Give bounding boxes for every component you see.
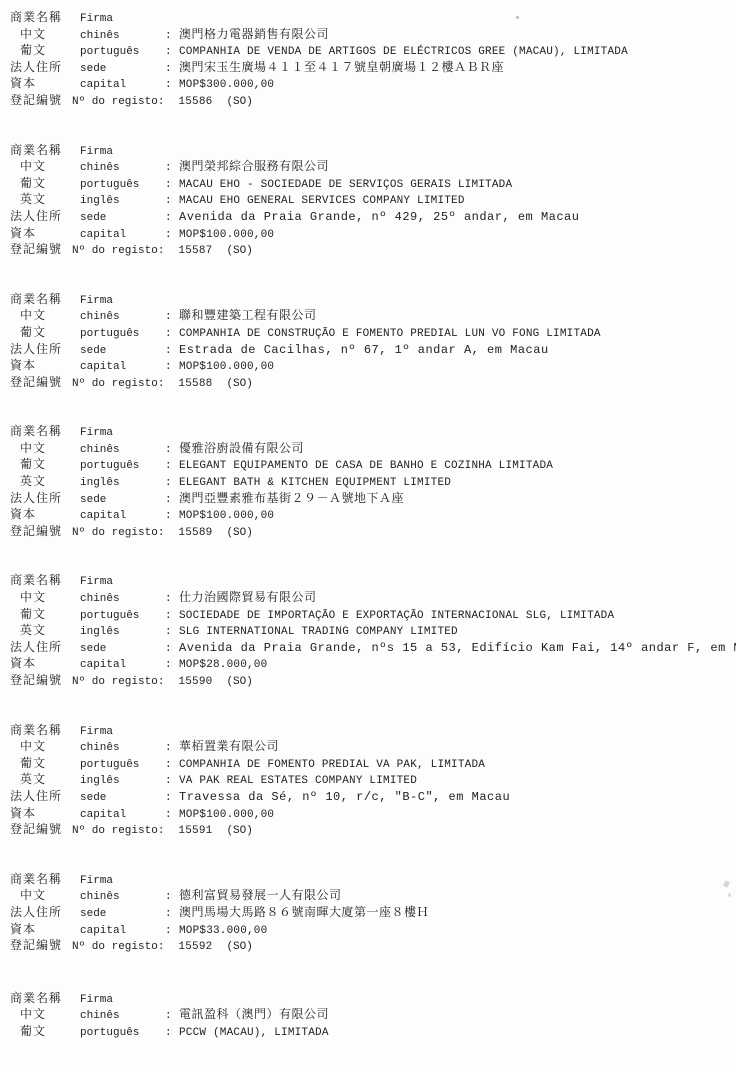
registration-label-zh: 登記編號 — [10, 373, 72, 390]
seat-label-zh: 法人住所 — [10, 903, 80, 920]
seat-label-zh: 法人住所 — [10, 638, 80, 655]
chinese-name-row: 中文 chinês : 澳門格力電器銷售有限公司 — [10, 25, 736, 42]
firm-header-row: 商業名稱 Firma — [10, 422, 736, 439]
registry-entries: 商業名稱 Firma 中文 chinês : 澳門格力電器銷售有限公司 葡文 p… — [10, 8, 736, 1039]
registration-suffix: (SO) — [226, 96, 252, 108]
field-value: SOCIEDADE DE IMPORTAÇÃO E EXPORTAÇÃO INT… — [179, 610, 614, 622]
portuguese-label-pt: português — [80, 328, 165, 340]
field-value: 15592 — [178, 941, 212, 953]
chinese-label-zh: 中文 — [10, 737, 80, 754]
chinese-name-row: 中文 chinês : 電訊盈科（澳門）有限公司 — [10, 1005, 736, 1022]
seat-label-pt: sede — [80, 494, 165, 506]
chinese-label-zh: 中文 — [10, 439, 80, 456]
registration-row: 登記編號 Nº do registo: 15592 (SO) — [10, 936, 736, 953]
field-value: 電訊盈科（澳門）有限公司 — [179, 1005, 329, 1022]
firm-header-row: 商業名稱 Firma — [10, 8, 736, 25]
field-value: COMPANHIA DE CONSTRUÇÃO E FOMENTO PREDIA… — [179, 328, 601, 340]
colon: : — [165, 179, 179, 191]
colon: : — [165, 162, 179, 174]
field-value: 澳門亞豐素雅布基街２９－Ａ號地下Ａ座 — [179, 489, 404, 506]
chinese-name-row: 中文 chinês : 德利富貿易發展一人有限公司 — [10, 886, 736, 903]
capital-row: 資本 capital : MOP$100.000,00 — [10, 804, 736, 821]
seat-label-zh: 法人住所 — [10, 58, 80, 75]
english-label-zh: 英文 — [10, 472, 80, 489]
field-value: 仕力治國際貿易有限公司 — [179, 588, 317, 605]
field-value: ELEGANT EQUIPAMENTO DE CASA DE BANHO E C… — [179, 460, 553, 472]
registration-label-zh: 登記編號 — [10, 671, 72, 688]
english-name-row: 英文 inglês : MACAU EHO GENERAL SERVICES C… — [10, 190, 736, 207]
registration-row: 登記編號 Nº do registo: 15589 (SO) — [10, 522, 736, 539]
registration-row: 登記編號 Nº do registo: 15586 (SO) — [10, 91, 736, 108]
seat-row: 法人住所 sede : 澳門宋玉生廣場４１１至４１７號皇朝廣場１２樓ＡＢＲ座 — [10, 58, 736, 75]
capital-label-pt: capital — [80, 510, 165, 522]
portuguese-name-row: 葡文 português : COMPANHIA DE FOMENTO PRED… — [10, 754, 736, 771]
colon: : — [165, 908, 179, 920]
firm-label-pt: Firma — [80, 146, 165, 158]
capital-label-pt: capital — [80, 79, 165, 91]
firm-label-zh: 商業名稱 — [10, 422, 80, 439]
seat-row: 法人住所 sede : Avenida da Praia Grande, nº … — [10, 207, 736, 224]
firm-label-zh: 商業名稱 — [10, 989, 80, 1006]
portuguese-label-zh: 葡文 — [10, 323, 80, 340]
colon: : — [165, 610, 179, 622]
registration-label-pt: Nº do registo: — [72, 378, 164, 390]
capital-label-pt: capital — [80, 659, 165, 671]
registration-label-zh: 登記編號 — [10, 91, 72, 108]
capital-row: 資本 capital : MOP$300.000,00 — [10, 74, 736, 91]
firm-label-pt: Firma — [80, 875, 165, 887]
chinese-label-pt: chinês — [80, 593, 165, 605]
colon: : — [165, 626, 179, 638]
colon: : — [165, 63, 179, 75]
gazette-page: 商業名稱 Firma 中文 chinês : 澳門格力電器銷售有限公司 葡文 p… — [0, 0, 736, 1071]
capital-row: 資本 capital : MOP$100.000,00 — [10, 505, 736, 522]
registration-label-zh: 登記編號 — [10, 936, 72, 953]
firm-label-zh: 商業名稱 — [10, 571, 80, 588]
firm-label-pt: Firma — [80, 726, 165, 738]
registration-suffix: (SO) — [226, 527, 252, 539]
field-value: COMPANHIA DE VENDA DE ARTIGOS DE ELÉCTRI… — [179, 46, 628, 58]
portuguese-label-pt: português — [80, 759, 165, 771]
portuguese-name-row: 葡文 português : COMPANHIA DE VENDA DE ART… — [10, 41, 736, 58]
english-label-pt: inglês — [80, 195, 165, 207]
scan-artifact — [516, 16, 519, 19]
seat-row: 法人住所 sede : Travessa da Sé, nº 10, r/c, … — [10, 787, 736, 804]
colon: : — [165, 891, 179, 903]
capital-label-zh: 資本 — [10, 505, 80, 522]
seat-label-zh: 法人住所 — [10, 787, 80, 804]
colon: : — [165, 311, 179, 323]
chinese-label-zh: 中文 — [10, 886, 80, 903]
seat-label-pt: sede — [80, 643, 165, 655]
chinese-label-pt: chinês — [80, 444, 165, 456]
capital-row: 資本 capital : MOP$28.000,00 — [10, 654, 736, 671]
registration-label-pt: Nº do registo: — [72, 676, 164, 688]
colon: : — [165, 444, 179, 456]
portuguese-label-zh: 葡文 — [10, 174, 80, 191]
portuguese-label-pt: português — [80, 1027, 165, 1039]
colon: : — [165, 775, 179, 787]
colon: : — [165, 593, 179, 605]
colon: : — [165, 46, 179, 58]
firm-header-row: 商業名稱 Firma — [10, 290, 736, 307]
registry-entry: 商業名稱 Firma 中文 chinês : 華栢置業有限公司 葡文 portu… — [10, 721, 736, 837]
portuguese-label-pt: português — [80, 460, 165, 472]
capital-label-zh: 資本 — [10, 74, 80, 91]
firm-label-zh: 商業名稱 — [10, 8, 80, 25]
chinese-name-row: 中文 chinês : 優雅浴廚設備有限公司 — [10, 439, 736, 456]
colon: : — [165, 212, 179, 224]
seat-label-zh: 法人住所 — [10, 207, 80, 224]
chinese-label-pt: chinês — [80, 891, 165, 903]
registration-row: 登記編號 Nº do registo: 15591 (SO) — [10, 820, 736, 837]
registry-entry: 商業名稱 Firma 中文 chinês : 優雅浴廚設備有限公司 葡文 por… — [10, 422, 736, 538]
english-name-row: 英文 inglês : ELEGANT BATH & KITCHEN EQUIP… — [10, 472, 736, 489]
registration-row: 登記編號 Nº do registo: 15587 (SO) — [10, 240, 736, 257]
field-value: VA PAK REAL ESTATES COMPANY LIMITED — [179, 775, 417, 787]
field-value: Avenida da Praia Grande, nºs 15 a 53, Ed… — [179, 641, 736, 655]
firm-header-row: 商業名稱 Firma — [10, 571, 736, 588]
capital-label-pt: capital — [80, 925, 165, 937]
colon: : — [165, 460, 179, 472]
registration-label-pt: Nº do registo: — [72, 825, 164, 837]
chinese-label-zh: 中文 — [10, 588, 80, 605]
seat-row: 法人住所 sede : Avenida da Praia Grande, nºs… — [10, 638, 736, 655]
firm-label-pt: Firma — [80, 295, 165, 307]
seat-row: 法人住所 sede : Estrada de Cacilhas, nº 67, … — [10, 340, 736, 357]
colon: : — [165, 30, 179, 42]
chinese-label-zh: 中文 — [10, 1005, 80, 1022]
registration-label-pt: Nº do registo: — [72, 96, 164, 108]
capital-row: 資本 capital : MOP$100.000,00 — [10, 356, 736, 373]
firm-label-pt: Firma — [80, 13, 165, 25]
field-value: 澳門榮邦綜合服務有限公司 — [179, 157, 329, 174]
capital-label-pt: capital — [80, 229, 165, 241]
seat-label-zh: 法人住所 — [10, 340, 80, 357]
capital-label-zh: 資本 — [10, 224, 80, 241]
firm-label-pt: Firma — [80, 576, 165, 588]
registration-suffix: (SO) — [226, 676, 252, 688]
seat-label-zh: 法人住所 — [10, 489, 80, 506]
seat-label-pt: sede — [80, 908, 165, 920]
colon: : — [165, 510, 179, 522]
registration-label-pt: Nº do registo: — [72, 527, 164, 539]
firm-header-row: 商業名稱 Firma — [10, 721, 736, 738]
chinese-name-row: 中文 chinês : 聯和豐建築工程有限公司 — [10, 306, 736, 323]
capital-label-zh: 資本 — [10, 356, 80, 373]
field-value: 15591 — [178, 825, 212, 837]
firm-header-row: 商業名稱 Firma — [10, 141, 736, 158]
firm-label-pt: Firma — [80, 994, 165, 1006]
chinese-label-pt: chinês — [80, 311, 165, 323]
colon: : — [165, 229, 179, 241]
registry-entry: 商業名稱 Firma 中文 chinês : 聯和豐建築工程有限公司 葡文 po… — [10, 290, 736, 390]
chinese-name-row: 中文 chinês : 華栢置業有限公司 — [10, 737, 736, 754]
field-value: SLG INTERNATIONAL TRADING COMPANY LIMITE… — [179, 626, 458, 638]
registry-entry: 商業名稱 Firma 中文 chinês : 德利富貿易發展一人有限公司 法人住… — [10, 870, 736, 953]
chinese-label-zh: 中文 — [10, 157, 80, 174]
colon: : — [165, 328, 179, 340]
portuguese-name-row: 葡文 português : COMPANHIA DE CONSTRUÇÃO E… — [10, 323, 736, 340]
registration-label-zh: 登記編號 — [10, 820, 72, 837]
capital-label-zh: 資本 — [10, 654, 80, 671]
portuguese-label-zh: 葡文 — [10, 1022, 80, 1039]
seat-label-pt: sede — [80, 63, 165, 75]
colon: : — [165, 759, 179, 771]
portuguese-name-row: 葡文 português : MACAU EHO - SOCIEDADE DE … — [10, 174, 736, 191]
english-name-row: 英文 inglês : SLG INTERNATIONAL TRADING CO… — [10, 621, 736, 638]
registry-entry: 商業名稱 Firma 中文 chinês : 仕力治國際貿易有限公司 葡文 po… — [10, 571, 736, 687]
portuguese-label-zh: 葡文 — [10, 455, 80, 472]
english-name-row: 英文 inglês : VA PAK REAL ESTATES COMPANY … — [10, 770, 736, 787]
colon: : — [165, 925, 179, 937]
firm-label-pt: Firma — [80, 427, 165, 439]
colon: : — [165, 494, 179, 506]
colon: : — [165, 79, 179, 91]
chinese-label-pt: chinês — [80, 30, 165, 42]
colon: : — [165, 361, 179, 373]
portuguese-label-pt: português — [80, 610, 165, 622]
colon: : — [165, 477, 179, 489]
field-value: MOP$100.000,00 — [179, 809, 274, 821]
field-value: MACAU EHO GENERAL SERVICES COMPANY LIMIT… — [179, 195, 465, 207]
colon: : — [165, 809, 179, 821]
portuguese-label-pt: português — [80, 46, 165, 58]
field-value: 德利富貿易發展一人有限公司 — [179, 886, 342, 903]
registration-row: 登記編號 Nº do registo: 15590 (SO) — [10, 671, 736, 688]
field-value: 聯和豐建築工程有限公司 — [179, 306, 317, 323]
field-value: MOP$100.000,00 — [179, 510, 274, 522]
english-label-zh: 英文 — [10, 770, 80, 787]
field-value: Estrada de Cacilhas, nº 67, 1º andar A, … — [179, 343, 549, 357]
chinese-label-pt: chinês — [80, 162, 165, 174]
colon: : — [165, 792, 179, 804]
colon: : — [165, 195, 179, 207]
chinese-name-row: 中文 chinês : 澳門榮邦綜合服務有限公司 — [10, 157, 736, 174]
seat-label-pt: sede — [80, 212, 165, 224]
registry-entry: 商業名稱 Firma 中文 chinês : 電訊盈科（澳門）有限公司 葡文 p… — [10, 989, 736, 1039]
field-value: 華栢置業有限公司 — [179, 737, 279, 754]
field-value: 15587 — [178, 245, 212, 257]
registration-label-pt: Nº do registo: — [72, 245, 164, 257]
scan-artifact — [728, 893, 731, 897]
firm-label-zh: 商業名稱 — [10, 141, 80, 158]
colon: : — [165, 345, 179, 357]
registry-entry: 商業名稱 Firma 中文 chinês : 澳門榮邦綜合服務有限公司 葡文 p… — [10, 141, 736, 257]
chinese-name-row: 中文 chinês : 仕力治國際貿易有限公司 — [10, 588, 736, 605]
english-label-pt: inglês — [80, 477, 165, 489]
field-value: MOP$300.000,00 — [179, 79, 274, 91]
colon: : — [165, 643, 179, 655]
field-value: MOP$28.000,00 — [179, 659, 267, 671]
portuguese-label-pt: português — [80, 179, 165, 191]
registration-label-pt: Nº do registo: — [72, 941, 164, 953]
field-value: COMPANHIA DE FOMENTO PREDIAL VA PAK, LIM… — [179, 759, 485, 771]
field-value: 15588 — [178, 378, 212, 390]
firm-label-zh: 商業名稱 — [10, 870, 80, 887]
field-value: MOP$100.000,00 — [179, 229, 274, 241]
registry-entry: 商業名稱 Firma 中文 chinês : 澳門格力電器銷售有限公司 葡文 p… — [10, 8, 736, 108]
field-value: PCCW (MACAU), LIMITADA — [179, 1027, 329, 1039]
firm-label-zh: 商業名稱 — [10, 721, 80, 738]
portuguese-label-zh: 葡文 — [10, 754, 80, 771]
portuguese-name-row: 葡文 português : SOCIEDADE DE IMPORTAÇÃO E… — [10, 605, 736, 622]
registration-suffix: (SO) — [226, 825, 252, 837]
english-label-zh: 英文 — [10, 621, 80, 638]
field-value: MOP$100.000,00 — [179, 361, 274, 373]
field-value: Avenida da Praia Grande, nº 429, 25º and… — [179, 210, 579, 224]
field-value: 澳門格力電器銷售有限公司 — [179, 25, 329, 42]
firm-header-row: 商業名稱 Firma — [10, 989, 736, 1006]
registration-suffix: (SO) — [226, 941, 252, 953]
portuguese-name-row: 葡文 português : PCCW (MACAU), LIMITADA — [10, 1022, 736, 1039]
registration-label-zh: 登記編號 — [10, 522, 72, 539]
firm-header-row: 商業名稱 Firma — [10, 870, 736, 887]
colon: : — [165, 659, 179, 671]
field-value: Travessa da Sé, nº 10, r/c, "B-C", em Ma… — [179, 790, 510, 804]
colon: : — [165, 742, 179, 754]
colon: : — [165, 1027, 179, 1039]
seat-label-pt: sede — [80, 792, 165, 804]
registration-suffix: (SO) — [226, 245, 252, 257]
capital-label-zh: 資本 — [10, 920, 80, 937]
registration-suffix: (SO) — [226, 378, 252, 390]
chinese-label-pt: chinês — [80, 1010, 165, 1022]
capital-label-zh: 資本 — [10, 804, 80, 821]
registration-label-zh: 登記編號 — [10, 240, 72, 257]
capital-row: 資本 capital : MOP$100.000,00 — [10, 224, 736, 241]
field-value: 15590 — [178, 676, 212, 688]
english-label-pt: inglês — [80, 626, 165, 638]
registration-row: 登記編號 Nº do registo: 15588 (SO) — [10, 373, 736, 390]
firm-label-zh: 商業名稱 — [10, 290, 80, 307]
english-label-pt: inglês — [80, 775, 165, 787]
chinese-label-zh: 中文 — [10, 306, 80, 323]
colon: : — [165, 1010, 179, 1022]
portuguese-label-zh: 葡文 — [10, 41, 80, 58]
chinese-label-pt: chinês — [80, 742, 165, 754]
chinese-label-zh: 中文 — [10, 25, 80, 42]
capital-row: 資本 capital : MOP$33.000,00 — [10, 920, 736, 937]
field-value: ELEGANT BATH & KITCHEN EQUIPMENT LIMITED — [179, 477, 451, 489]
field-value: MOP$33.000,00 — [179, 925, 267, 937]
field-value: MACAU EHO - SOCIEDADE DE SERVIÇOS GERAIS… — [179, 179, 512, 191]
seat-row: 法人住所 sede : 澳門馬場大馬路８６號南暉大廈第一座８樓Ｈ — [10, 903, 736, 920]
portuguese-name-row: 葡文 português : ELEGANT EQUIPAMENTO DE CA… — [10, 455, 736, 472]
portuguese-label-zh: 葡文 — [10, 605, 80, 622]
english-label-zh: 英文 — [10, 190, 80, 207]
capital-label-pt: capital — [80, 809, 165, 821]
field-value: 澳門宋玉生廣場４１１至４１７號皇朝廣場１２樓ＡＢＲ座 — [179, 58, 504, 75]
seat-label-pt: sede — [80, 345, 165, 357]
field-value: 優雅浴廚設備有限公司 — [179, 439, 304, 456]
capital-label-pt: capital — [80, 361, 165, 373]
field-value: 15589 — [178, 527, 212, 539]
seat-row: 法人住所 sede : 澳門亞豐素雅布基街２９－Ａ號地下Ａ座 — [10, 489, 736, 506]
field-value: 澳門馬場大馬路８６號南暉大廈第一座８樓Ｈ — [179, 903, 429, 920]
field-value: 15586 — [178, 96, 212, 108]
